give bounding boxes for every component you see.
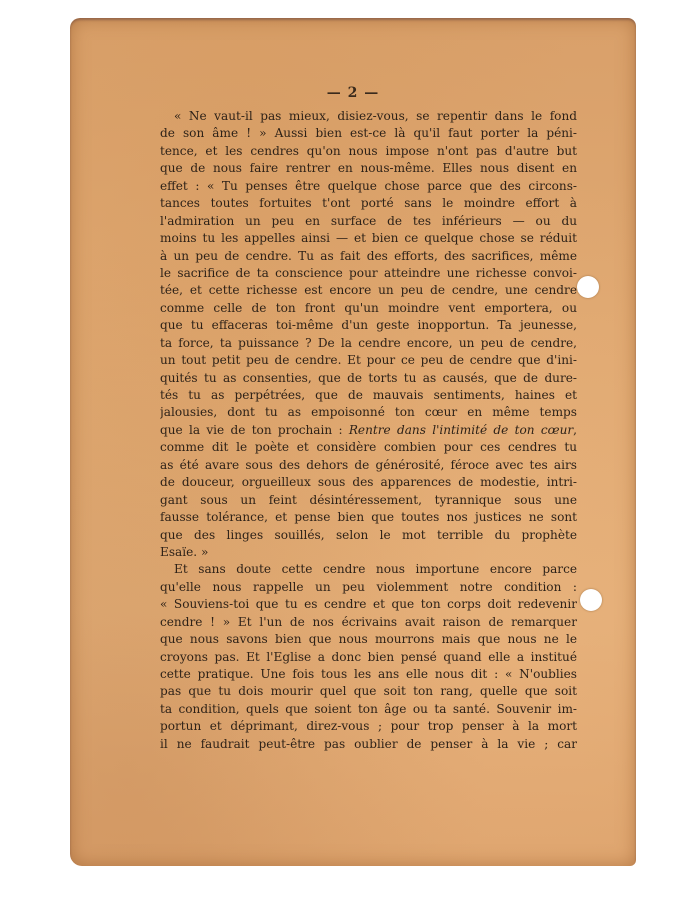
text-line: Et sans doute cette cendre nous importun… <box>160 561 577 578</box>
text-line: cette pratique. Une fois tous les ans el… <box>160 666 577 683</box>
text-line: Esaïe. » <box>160 544 577 561</box>
text-line: croyons pas. Et l'Eglise a donc bien pen… <box>160 649 577 666</box>
text-line: « Ne vaut-il pas mieux, disiez-vous, se … <box>160 108 577 125</box>
text-line: ta force, ta puissance ? De la cendre en… <box>160 335 577 352</box>
text-line: tence, et les cendres qu'on nous impose … <box>160 143 577 160</box>
punch-hole <box>577 276 599 298</box>
scanned-page: — 2 — « Ne vaut-il pas mieux, disiez-vou… <box>70 18 636 866</box>
text-line: cendre ! » Et l'un de nos écrivains avai… <box>160 614 577 631</box>
text-line: de douceur, orgueilleux sous des apparen… <box>160 474 577 491</box>
text-line: de son âme ! » Aussi bien est-ce là qu'i… <box>160 125 577 142</box>
text-line: portun et déprimant, direz-vous ; pour t… <box>160 718 577 735</box>
text-line: effet : « Tu penses être quelque chose p… <box>160 178 577 195</box>
text-line: comme celle de ton front qu'un moindre v… <box>160 300 577 317</box>
text-line: jalousies, dont tu as empoisonné ton cœu… <box>160 404 577 421</box>
text-line: gant sous un feint désintéressement, tyr… <box>160 492 577 509</box>
text-line: quités tu as consenties, que de torts tu… <box>160 370 577 387</box>
text-line: que tu effaceras toi-même d'un geste ino… <box>160 317 577 334</box>
text-line: à un peu de cendre. Tu as fait des effor… <box>160 248 577 265</box>
text-line: as été avare sous des dehors de générosi… <box>160 457 577 474</box>
text-line: que des linges souillés, selon le mot te… <box>160 527 577 544</box>
text-line: tés tu as perpétrées, que de mauvais sen… <box>160 387 577 404</box>
punch-hole <box>580 589 602 611</box>
text-line: il ne faudrait peut-être pas oublier de … <box>160 736 577 753</box>
text-line: pas que tu dois mourir quel que soit ton… <box>160 683 577 700</box>
page-number: — 2 — <box>70 85 636 101</box>
text-line: un tout petit peu de cendre. Et pour ce … <box>160 352 577 369</box>
text-line: comme dit le poète et considère combien … <box>160 439 577 456</box>
text-line: qu'elle nous rappelle un peu violemment … <box>160 579 577 596</box>
text-line: que de nous faire rentrer en nous-même. … <box>160 160 577 177</box>
italic-quote: Rentre dans l'intimité de ton cœur <box>349 423 573 437</box>
text-line: que nous savons bien que nous mourrons m… <box>160 631 577 648</box>
text-line: que la vie de ton prochain : Rentre dans… <box>160 422 577 439</box>
text-line: l'admiration un peu en surface de tes in… <box>160 213 577 230</box>
text-line: ta condition, quels que soient ton âge o… <box>160 701 577 718</box>
text-line: tances toutes fortuites t'ont porté sans… <box>160 195 577 212</box>
text-line: tée, et cette richesse est encore un peu… <box>160 282 577 299</box>
text-line: fausse tolérance, et pense bien que tout… <box>160 509 577 526</box>
text-line: le sacrifice de ta conscience pour attei… <box>160 265 577 282</box>
text-line: moins tu les appelles ainsi — et bien ce… <box>160 230 577 247</box>
text-line: « Souviens-toi que tu es cendre et que t… <box>160 596 577 613</box>
body-text: « Ne vaut-il pas mieux, disiez-vous, se … <box>160 108 577 753</box>
